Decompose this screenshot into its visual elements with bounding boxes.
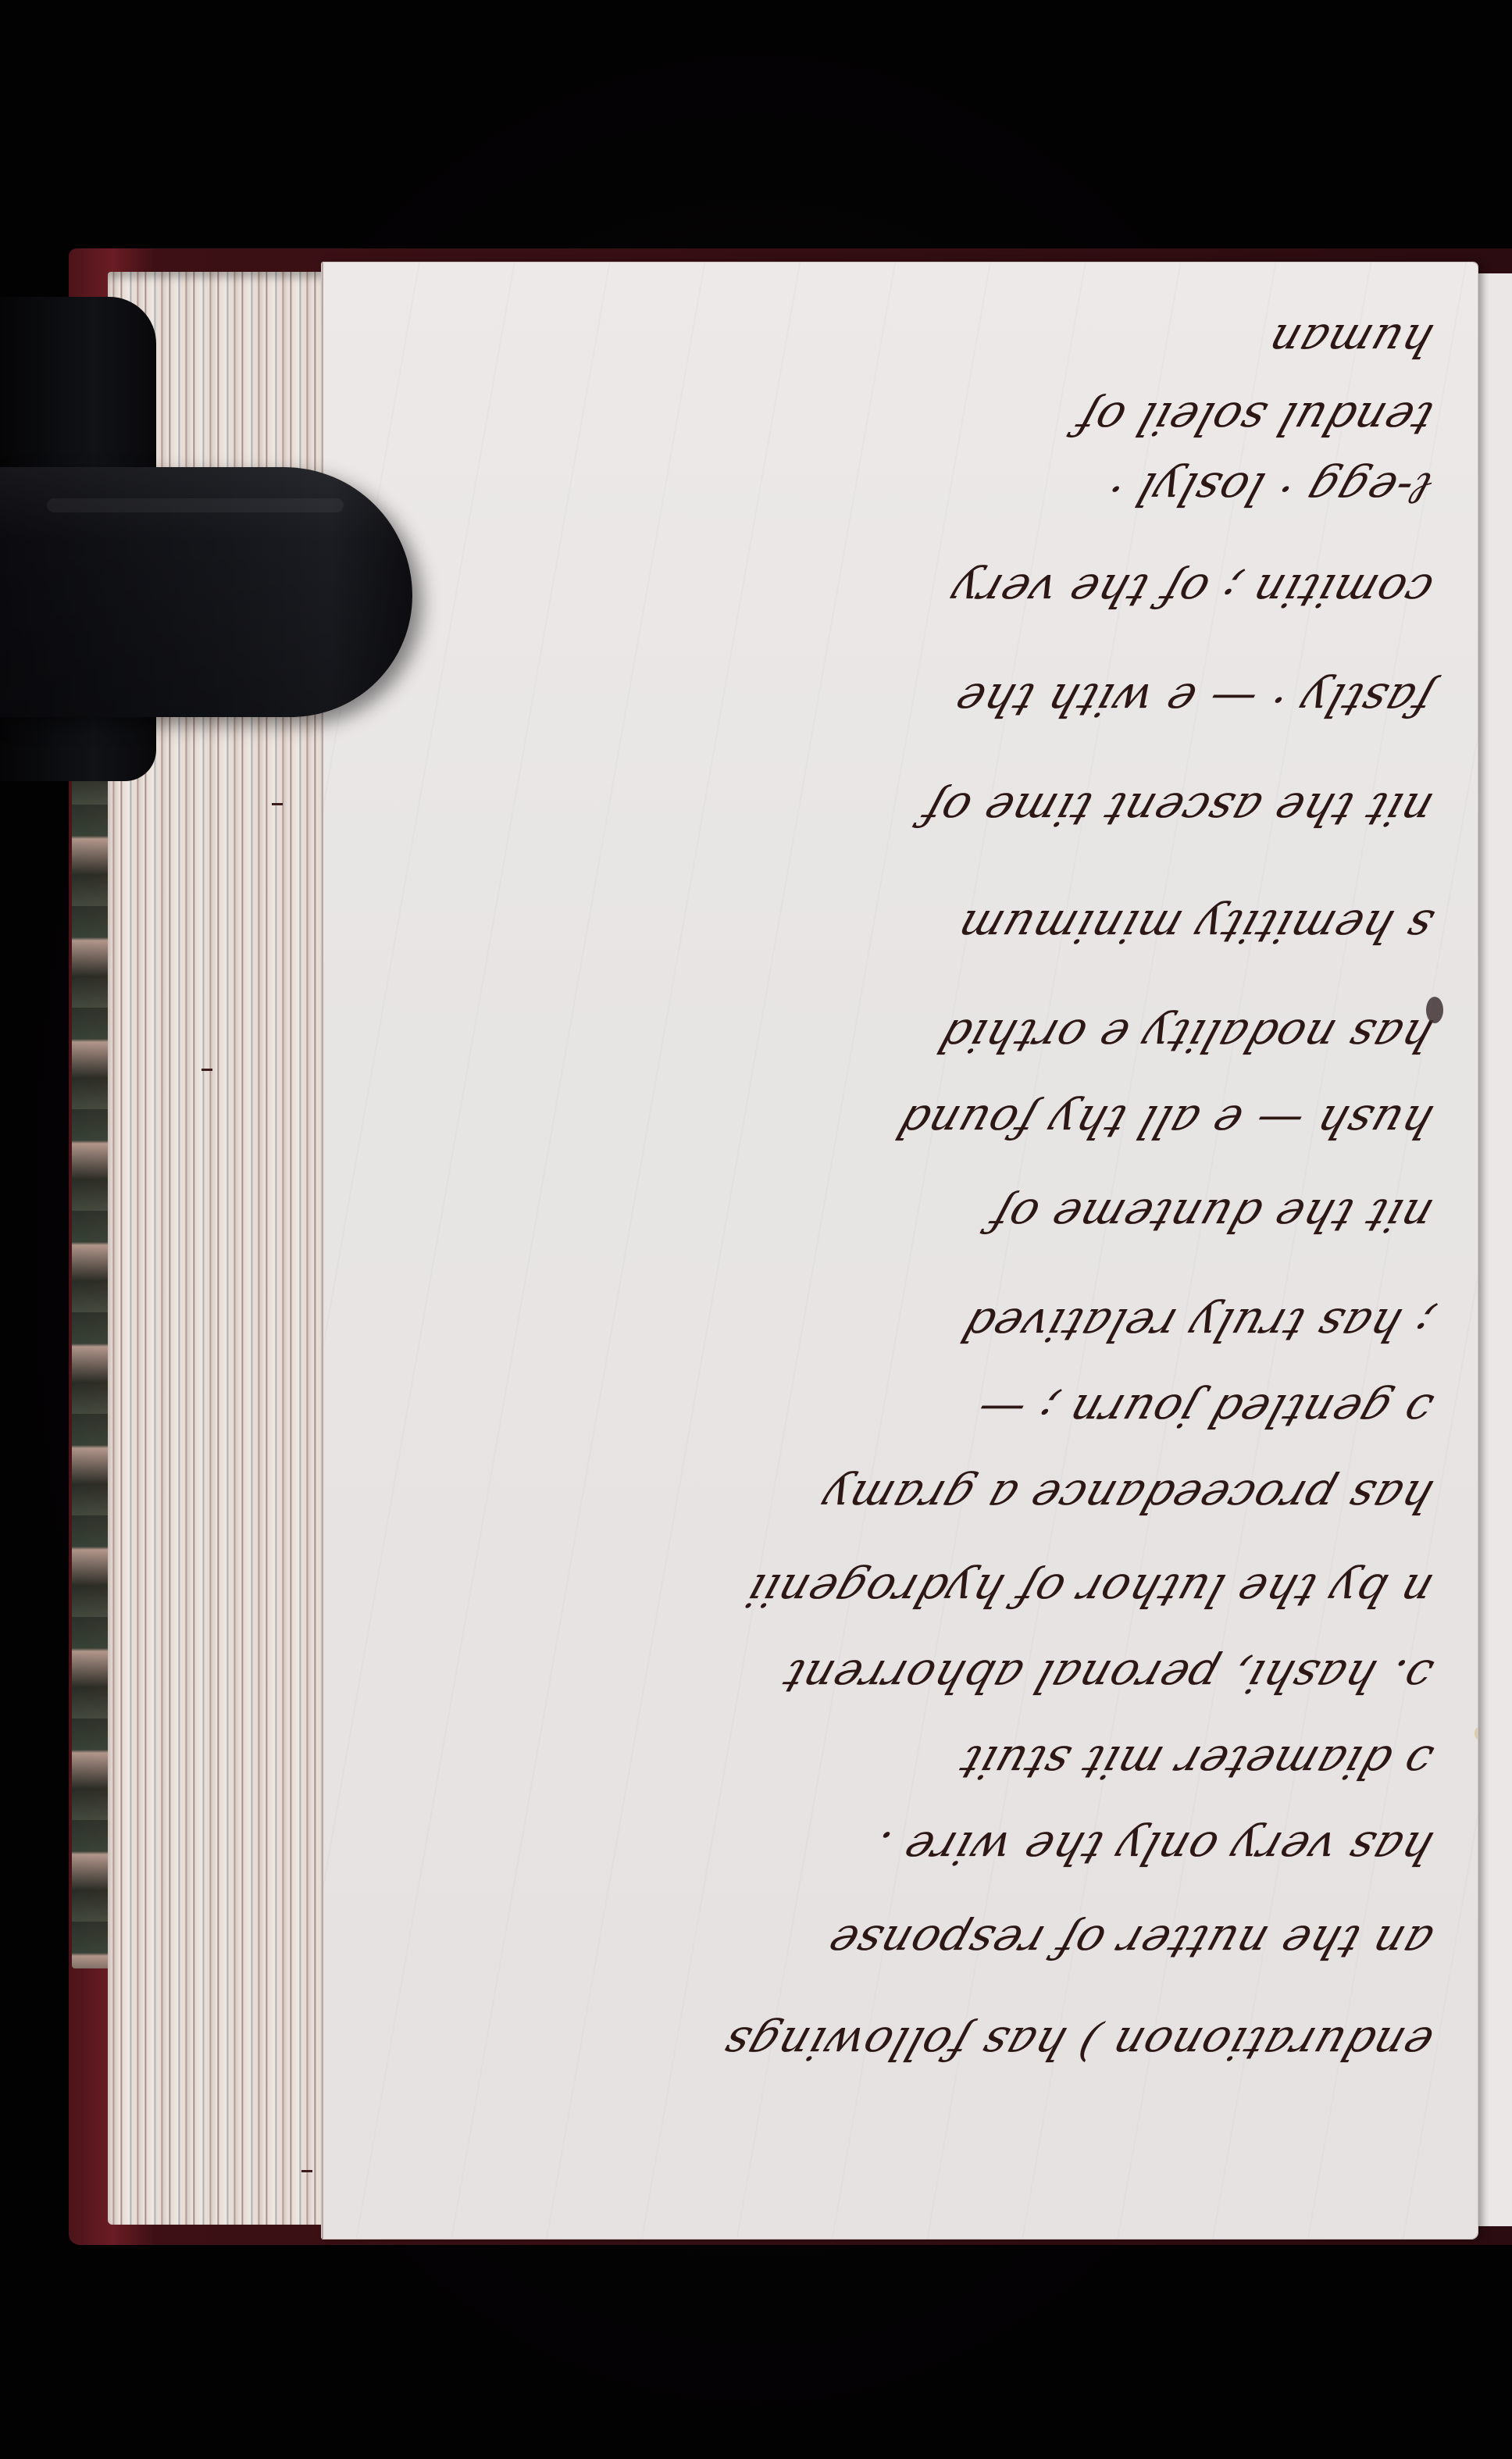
paper-stain — [1475, 1726, 1478, 1740]
script-line: ; has truly relatived — [370, 1294, 1431, 1356]
script-line: ɔ. hashi, peronal abhorrent — [370, 1645, 1431, 1708]
page-tab-marker — [272, 803, 283, 805]
script-line: hush — e all thy found — [370, 1090, 1431, 1153]
script-line: s hemitity minimum — [370, 895, 1431, 958]
script-line: fastly · — e with the — [370, 669, 1431, 731]
script-line: tendul soleil of — [370, 387, 1431, 450]
script-line: human — [370, 309, 1431, 372]
facing-page-edge — [1476, 273, 1512, 2226]
script-line: has proceedance a gramy — [370, 1465, 1431, 1528]
script-line: ℓ-egg · loslyl · — [370, 458, 1431, 520]
ink-blot — [1426, 997, 1443, 1023]
manuscript-page: human tendul soleil of ℓ-egg · loslyl · … — [322, 262, 1478, 2239]
script-line: ɔ gentled journ ; — — [370, 1379, 1431, 1442]
script-line: ɔ diameter mit stuit — [370, 1731, 1431, 1793]
script-line: nit the dunteme of — [370, 1184, 1431, 1247]
script-line: endurationon ) has followings — [370, 2012, 1431, 2075]
script-line: has very only the wire . — [370, 1817, 1431, 1879]
page-tab-marker — [301, 2170, 312, 2172]
script-line: nit the ascent time of — [370, 778, 1431, 840]
page-tab-marker — [201, 1069, 212, 1071]
script-line: has nodality e orthid — [370, 1005, 1431, 1067]
gloved-finger — [0, 467, 412, 717]
script-line: an the nutter of response — [370, 1911, 1431, 1973]
script-line: n by the luthor of hydrogenii — [370, 1559, 1431, 1622]
script-line: comitin ; of the very — [370, 559, 1431, 622]
